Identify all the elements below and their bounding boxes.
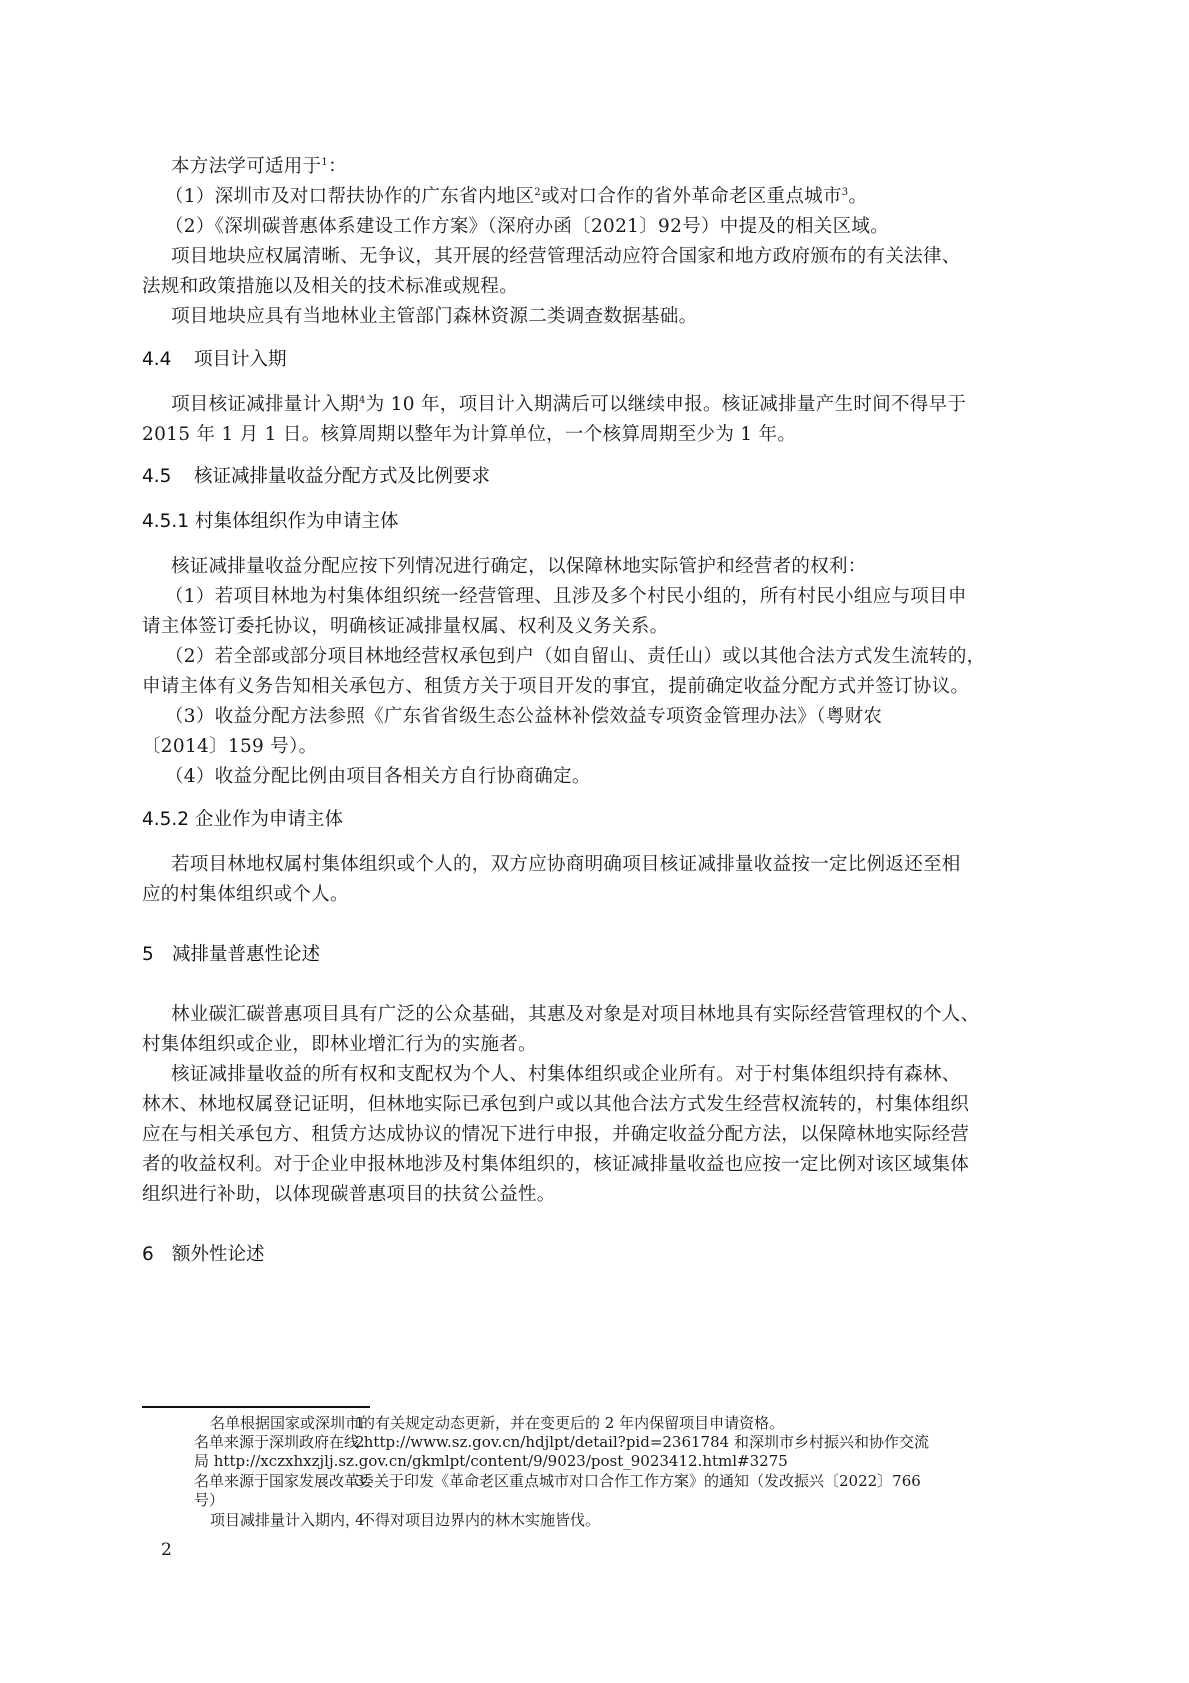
enterprise-paragraph-line-2: 应的村集体组织或个人。 [142, 880, 1062, 910]
inclusiveness-paragraph-2-line-3: 应在与相关承包方、租赁方达成协议的情况下进行申报，并确定收益分配方法，以保障林地… [142, 1120, 1062, 1150]
applicability-item-2: （2）《深圳碳普惠体系建设工作方案》（深府办函〔2021〕92号）中提及的相关区… [165, 212, 1085, 242]
enterprise-paragraph-line-1: 若项目林地权属村集体组织或个人的，双方应协商明确项目核证减排量收益按一定比例返还… [171, 850, 1091, 880]
inclusiveness-paragraph-1-line-2: 村集体组织或企业，即林业增汇行为的实施者。 [142, 1030, 1062, 1060]
document-page: 本方法学可适用于1： （1）深圳市及对口帮扶协作的广东省内地区2或对口合作的省外… [0, 0, 1189, 1683]
village-item-1-line-2: 请主体签订委托协议，明确核证减排量权属、权利及义务关系。 [142, 612, 1062, 642]
footnote-2-url[interactable]: 局 http://xczxhxzjlj.sz.gov.cn/gkmlpt/con… [194, 1452, 788, 1471]
inclusiveness-paragraph-2-line-4: 者的收益权利。对于企业申报林地涉及村集体组织的，核证减排量收益也应按一定比例对该… [142, 1150, 1062, 1180]
footnote-separator [142, 1406, 370, 1408]
inclusiveness-paragraph-2-line-5: 组织进行补助，以体现碳普惠项目的扶贫公益性。 [142, 1180, 1062, 1210]
applicability-item-1: （1）深圳市及对口帮扶协作的广东省内地区2或对口合作的省外革命老区重点城市3。 [165, 182, 1085, 212]
page-number: 2 [161, 1540, 172, 1560]
footnote-ref-4[interactable]: 4 [359, 395, 366, 406]
village-item-3-line-2: 〔2014〕159 号）。 [142, 732, 1062, 762]
land-rights-paragraph-line-1: 项目地块应权属清晰、无争议，其开展的经营管理活动应符合国家和地方政府颁布的有关法… [171, 242, 1091, 272]
section-4-4-heading: 4.4项目计入期 [142, 345, 287, 375]
crediting-period-paragraph-line-1: 项目核证减排量计入期4为 10 年，项目计入期满后可以继续申报。核证减排量产生时… [171, 390, 1091, 420]
section-6-heading: 6额外性论述 [142, 1240, 265, 1270]
village-item-1-line-1: （1）若项目林地为村集体组织统一经营管理、且涉及多个村民小组的，所有村民小组应与… [165, 582, 1085, 612]
inclusiveness-paragraph-2-line-1: 核证减排量收益的所有权和支配权为个人、村集体组织或企业所有。对于村集体组织持有森… [171, 1060, 1091, 1090]
survey-data-paragraph: 项目地块应具有当地林业主管部门森林资源二类调查数据基础。 [171, 302, 1091, 332]
inclusiveness-paragraph-2-line-2: 林木、林地权属登记证明，但林地实际已承包到户或以其他合法方式发生经营权流转的，村… [142, 1090, 1062, 1120]
applicability-intro: 本方法学可适用于1： [171, 152, 1091, 182]
crediting-period-paragraph-line-2: 2015 年 1 月 1 日。核算周期以整年为计算单位，一个核算周期至少为 1 … [142, 420, 1062, 450]
section-4-5-heading: 4.5核证减排量收益分配方式及比例要求 [142, 462, 490, 492]
village-item-3-line-1: （3）收益分配方法参照《广东省省级生态公益林补偿效益专项资金管理办法》（粤财农 [165, 702, 1085, 732]
village-item-4: （4）收益分配比例由项目各相关方自行协商确定。 [165, 762, 1085, 792]
section-4-5-1-heading: 4.5.1 村集体组织作为申请主体 [142, 507, 398, 537]
inclusiveness-paragraph-1-line-1: 林业碳汇碳普惠项目具有广泛的公众基础，其惠及对象是对项目林地具有实际经营管理权的… [171, 1000, 1091, 1030]
land-rights-paragraph-line-2: 法规和政策措施以及相关的技术标准或规程。 [142, 272, 1062, 302]
village-item-2-line-2: 申请主体有义务告知相关承包方、租赁方关于项目开发的事宜，提前确定收益分配方式并签… [142, 672, 1062, 702]
section-5-heading: 5减排量普惠性论述 [142, 940, 320, 970]
village-collective-intro: 核证减排量收益分配应按下列情况进行确定，以保障林地实际管护和经营者的权利： [171, 552, 1091, 582]
section-4-5-2-heading: 4.5.2 企业作为申请主体 [142, 805, 343, 835]
footnote-ref-2[interactable]: 2 [534, 187, 541, 198]
village-item-2-line-1: （2）若全部或部分项目林地经营权承包到户（如自留山、责任山）或以其他合法方式发生… [165, 642, 1085, 672]
